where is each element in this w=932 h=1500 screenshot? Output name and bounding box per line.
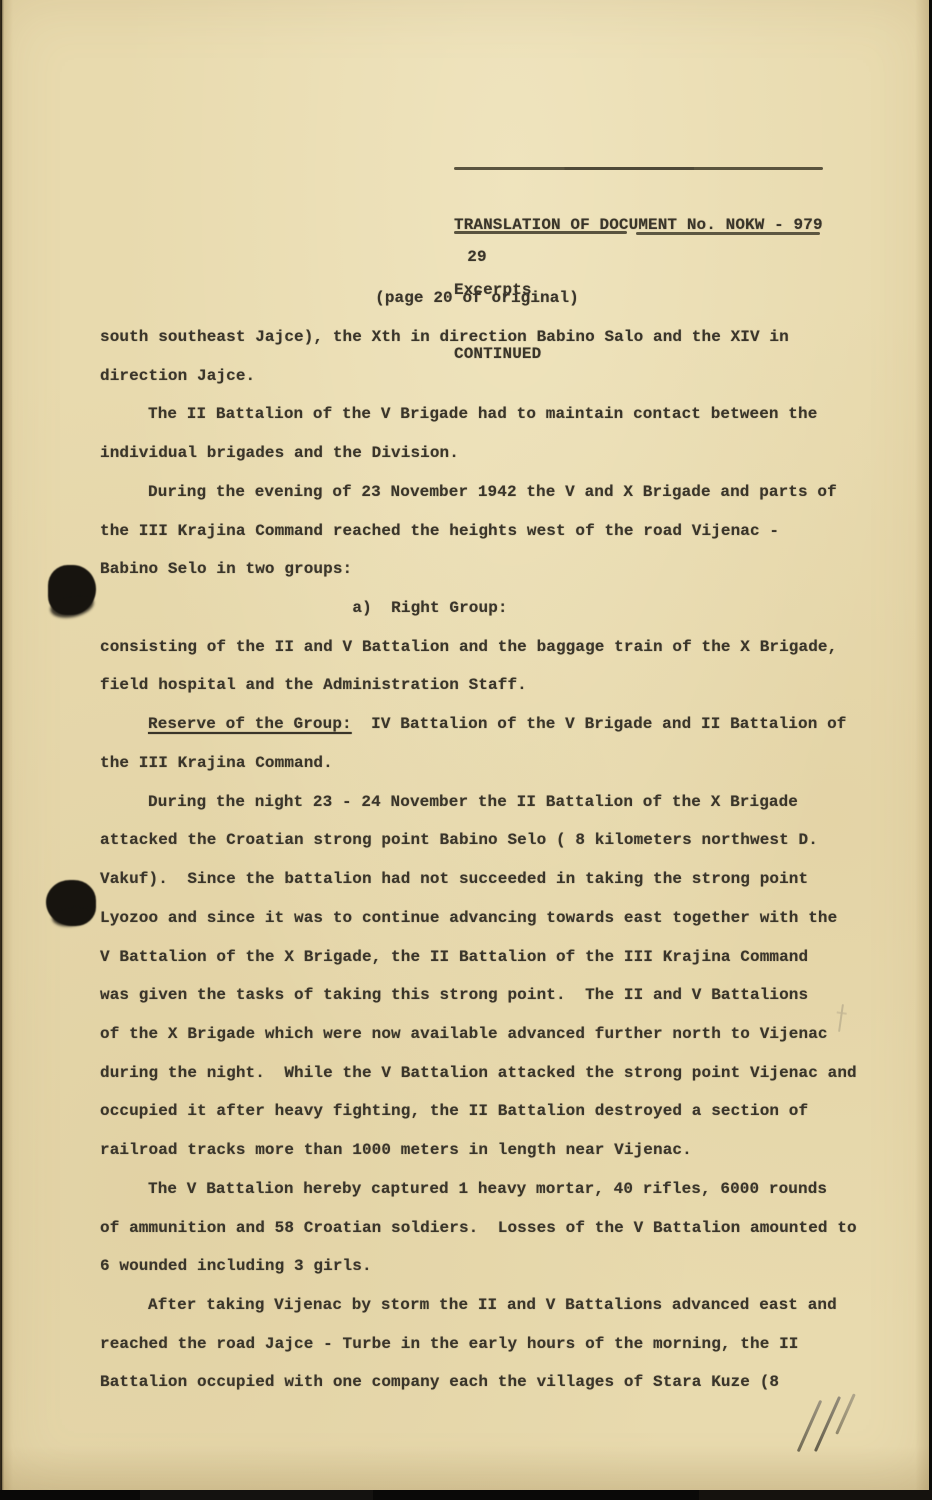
document-line: was given the tasks of taking this stron… — [100, 976, 890, 1015]
document-line: 6 wounded including 3 girls. — [100, 1247, 890, 1286]
document-line: Lyozoo and since it was to continue adva… — [100, 899, 890, 938]
scanned-document-photo: { "colors": { "paper": "#e8daae", "ink":… — [0, 0, 932, 1500]
ink-blot-hole-punch-top — [48, 565, 96, 615]
document-line: field hospital and the Administration St… — [100, 666, 890, 705]
page-number: 29 — [100, 247, 854, 267]
document-body: south southeast Jajce), the Xth in direc… — [100, 318, 890, 1402]
photo-left-edge — [0, 0, 4, 1500]
document-line: of ammunition and 58 Croatian soldiers. … — [100, 1209, 890, 1248]
document-line: During the evening of 23 November 1942 t… — [100, 473, 890, 512]
document-line: V Battalion of the X Brigade, the II Bat… — [100, 938, 890, 977]
document-line: After taking Vijenac by storm the II and… — [100, 1286, 890, 1325]
original-page-subtitle: (page 20 of original) — [100, 286, 854, 310]
header-top-rule — [454, 167, 823, 170]
document-line: Battalion occupied with one company each… — [100, 1363, 890, 1402]
document-line: the III Krajina Command reached the heig… — [100, 512, 890, 551]
document-line: during the night. While the V Battalion … — [100, 1054, 890, 1093]
pencil-tally-marks — [798, 1392, 868, 1462]
document-line: of the X Brigade which were now availabl… — [100, 1015, 890, 1054]
document-line: individual brigades and the Division. — [100, 434, 890, 473]
continued-underline-left — [454, 231, 627, 234]
document-line: direction Jajce. — [100, 357, 890, 396]
document-line: a) Right Group: — [100, 589, 890, 628]
document-line: the III Krajina Command. — [100, 744, 890, 783]
line-text: IV Battalion of the V Brigade and II Bat… — [352, 715, 847, 733]
document-page: TRANSLATION OF DOCUMENT No. NOKW - 979 E… — [2, 0, 929, 1491]
document-line: south southeast Jajce), the Xth in direc… — [100, 318, 890, 357]
photo-bottom-edge — [0, 1490, 932, 1500]
document-line: Reserve of the Group: IV Battalion of th… — [100, 705, 890, 744]
ink-blot-hole-punch-bottom — [46, 880, 96, 926]
underlined-lead-text: Reserve of the Group: — [148, 715, 352, 733]
document-line: reached the road Jajce - Turbe in the ea… — [100, 1325, 890, 1364]
document-line: The V Battalion hereby captured 1 heavy … — [100, 1170, 890, 1209]
document-line: railroad tracks more than 1000 meters in… — [100, 1131, 890, 1170]
document-line: attacked the Croatian strong point Babin… — [100, 821, 890, 860]
document-line: The II Battalion of the V Brigade had to… — [100, 395, 890, 434]
document-line: Babino Selo in two groups: — [100, 550, 890, 589]
document-line: consisting of the II and V Battalion and… — [100, 628, 890, 667]
continued-underline-right — [636, 232, 820, 235]
document-line: During the night 23 - 24 November the II… — [100, 783, 890, 822]
document-line: Vakuf). Since the battalion had not succ… — [100, 860, 890, 899]
document-line: occupied it after heavy fighting, the II… — [100, 1092, 890, 1131]
